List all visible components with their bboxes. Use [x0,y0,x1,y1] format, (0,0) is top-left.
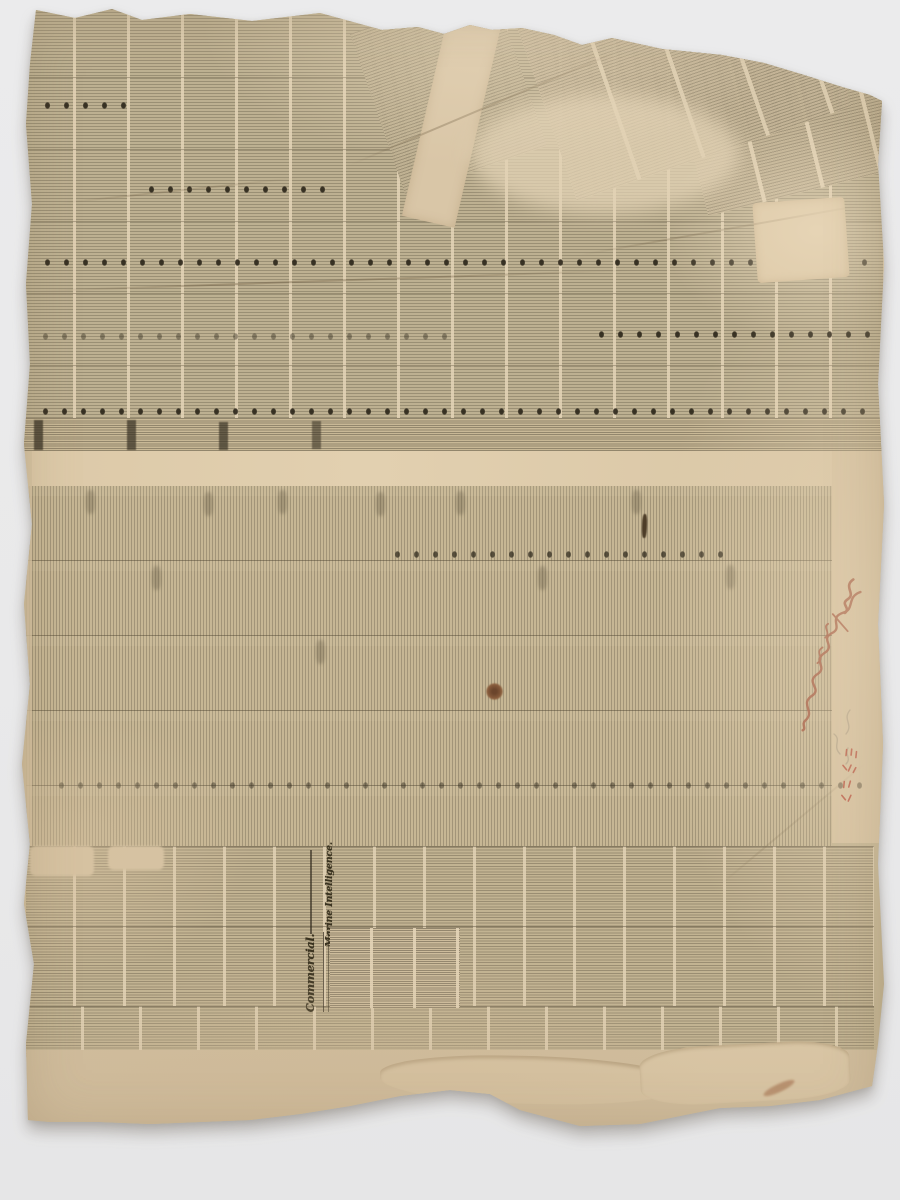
ink-smudge [632,490,641,514]
ink-smudge [86,490,95,514]
round-brown-stain [486,683,503,700]
fist-marks-row [36,331,456,342]
ink-smudge [278,490,287,514]
marine-intelligence-heading: Marine Intelligence. [316,852,342,936]
ink-smudge [376,492,385,516]
column-rule [310,850,312,934]
commercial-label: Commercial. [303,934,317,1012]
newspaper-sheet: Marine Intelligence. Commercial. [20,4,886,1136]
torn-blank-patch [30,846,94,876]
table-dark-bar [127,420,136,450]
table-dark-bar [312,421,321,449]
ink-smudge [204,492,213,516]
blank-spine-band [22,451,884,487]
price-table-block [330,928,460,1008]
tabular-band [24,418,882,452]
torn-blank-patch [108,846,164,870]
ink-smudge [152,566,161,590]
fist-marks-row [38,100,138,111]
rotated-text-block [26,486,832,846]
table-dark-bar [219,422,228,450]
fist-marks-row [592,329,878,340]
commercial-heading: Commercial. [299,936,321,1010]
ink-smudge [726,565,735,589]
ink-smudge [316,640,325,664]
photographed-newspaper-sheet: Marine Intelligence. Commercial. [0,0,900,1200]
left-blank-margin [22,451,32,1051]
fist-marks-row [388,549,724,560]
ink-smudge [538,566,547,590]
column-rule-double [323,932,329,1012]
pale-wedge-stain [470,94,740,214]
table-dark-bar [34,420,43,450]
fist-marks-row [52,780,872,791]
fist-marks-row [38,257,876,268]
fist-marks-row [36,406,878,417]
ink-smudge [456,491,465,515]
